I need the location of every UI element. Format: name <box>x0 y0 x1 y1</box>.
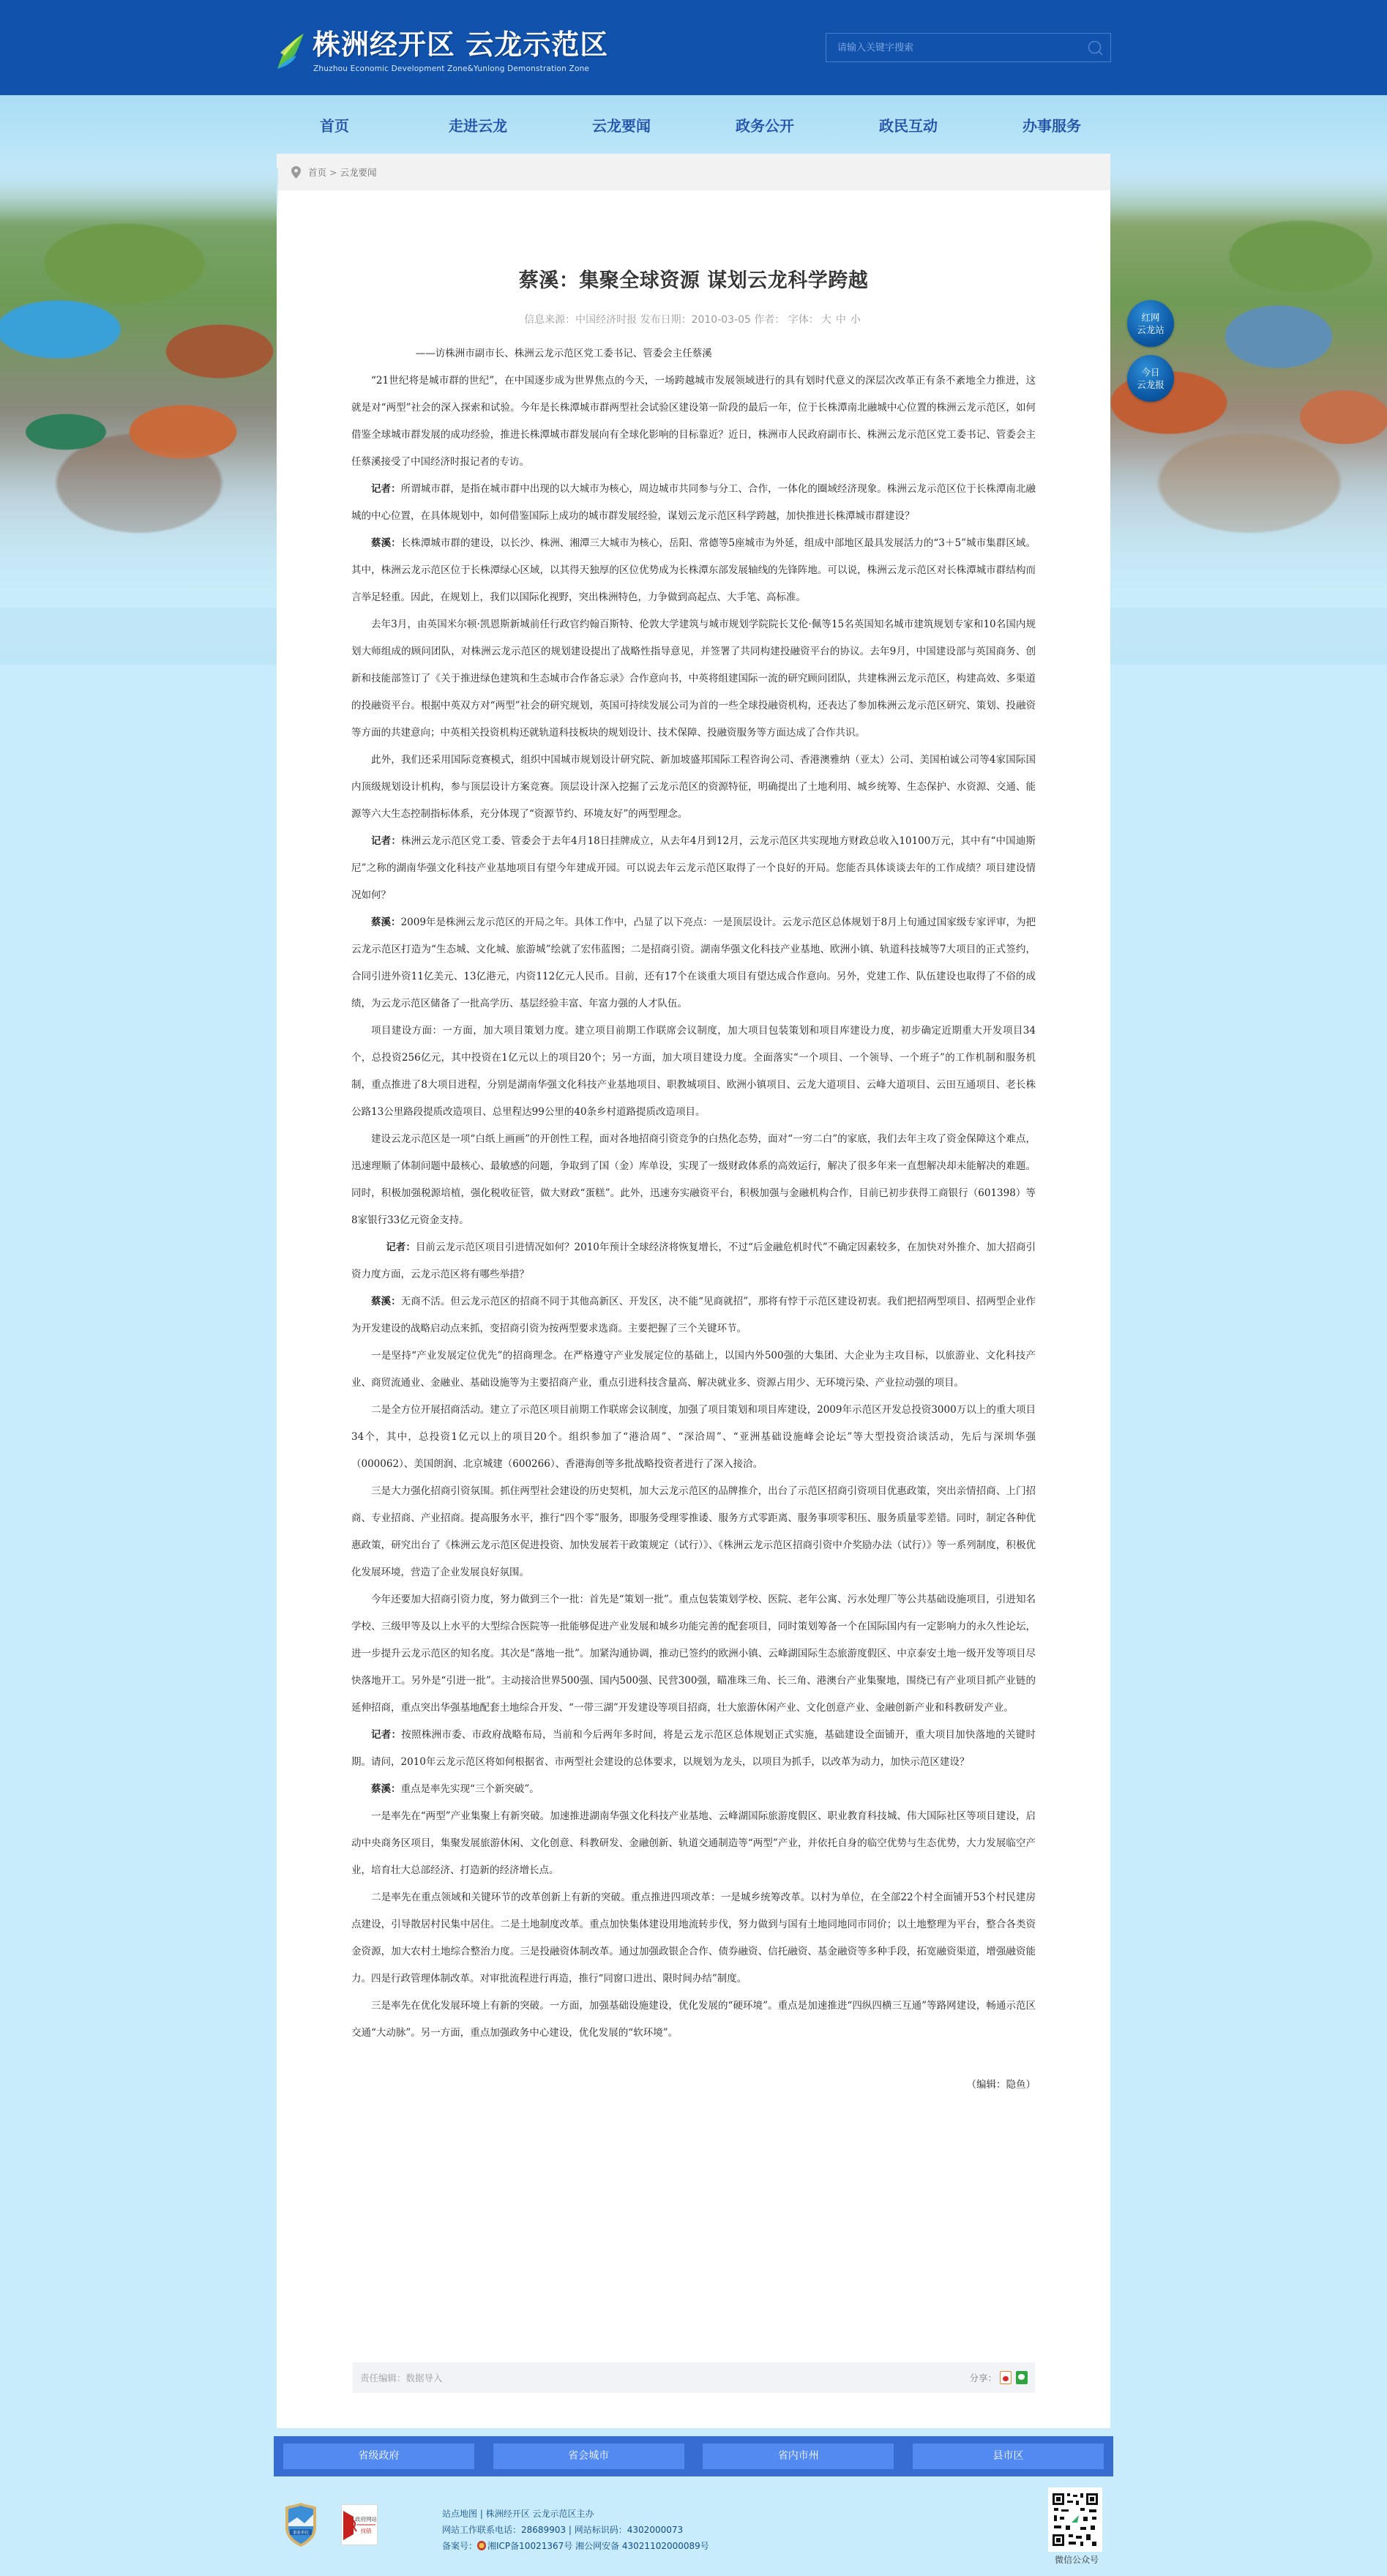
article-panel: 首页 > 云龙要闻 蔡溪：集聚全球资源 谋划云龙科学跨越 信息来源：中国经济时报… <box>277 154 1110 2428</box>
today-yunlong-paper-button[interactable]: 今日 云龙报 <box>1127 355 1174 402</box>
article-paragraph: 蔡溪：长株潭城市群的建设，以长沙、株洲、湘潭三大城市为核心，岳阳、常德等5座城市… <box>351 530 1036 611</box>
paragraph-text: 2009年是株洲云龙示范区的开局之年。具体工作中，凸显了以下亮点：一是顶层设计。… <box>351 916 1036 1009</box>
speaker-label: 记者： <box>371 835 401 847</box>
site-id-label: 网站标识码： <box>575 2525 627 2535</box>
editor-bar: 责任编辑：数据导入 分享： <box>353 2362 1035 2393</box>
logo-title: 株洲经开区 云龙示范区 <box>313 28 608 61</box>
speaker-label: 记者： <box>386 1242 416 1253</box>
paragraph-text: 二是全方位开展招商活动。建立了示范区项目前期工作联席会议制度，加强了项目策划和项… <box>351 1404 1036 1470</box>
article-paragraph: 蔡溪：2009年是株洲云龙示范区的开局之年。具体工作中，凸显了以下亮点：一是顶层… <box>351 909 1036 1018</box>
paragraph-text: 建设云龙示范区是一项“白纸上画画”的开创性工程，面对各地招商引资竞争的白热化态势… <box>351 1133 1036 1226</box>
icp-link[interactable]: 湘ICP备10021367号 <box>487 2541 572 2551</box>
gov-site-error-report-badge[interactable]: 政府网站 找错 <box>341 2504 378 2545</box>
search-icon[interactable] <box>1087 40 1104 57</box>
hongwang-yunlong-button[interactable]: 红网 云龙站 <box>1127 300 1174 347</box>
site-footer: 事业单位 政府网站 找错 站点地图 | 株洲经开区 云龙示范区主办 网站工作联系… <box>274 2485 1113 2573</box>
paragraph-text: 此外，我们还采用国际竞赛模式，组织中国城市规划设计研究院、新加坡盛邦国际工程咨询… <box>351 754 1036 820</box>
error-report-icon: 政府网站 找错 <box>342 2505 377 2545</box>
article-paragraph: 今年还要加大招商引资力度，努力做到三个一批：首先是“策划一批”。重点包装策划学校… <box>351 1586 1036 1722</box>
article-paragraph: 建设云龙示范区是一项“白纸上画画”的开创性工程，面对各地招商引资竞争的白热化态势… <box>351 1126 1036 1234</box>
source-value: 中国经济时报 <box>575 314 637 326</box>
footer-line-1: 站点地图 | 株洲经开区 云龙示范区主办 <box>442 2506 709 2522</box>
friend-links-bar: 省级政府 省会城市 省内市州 县市区 <box>274 2436 1113 2476</box>
breadcrumb-separator: > <box>329 167 337 178</box>
record-label: 备案号： <box>442 2541 477 2551</box>
float-button-line2: 云龙报 <box>1127 378 1174 391</box>
search-input[interactable] <box>826 34 1075 61</box>
friend-link-capital-city[interactable]: 省会城市 <box>493 2444 684 2469</box>
main-nav: 首页 走进云龙 云龙要闻 政务公开 政民互动 办事服务 <box>287 111 1099 141</box>
paragraph-text: 株洲云龙示范区党工委、管委会于去年4月18日挂牌成立，从去年4月到12月，云龙示… <box>351 835 1036 901</box>
font-small-button[interactable]: 小 <box>850 314 861 326</box>
weibo-share-icon[interactable] <box>1000 2371 1012 2384</box>
article-paragraph: 项目建设方面：一方面，加大项目策划力度。建立项目前期工作联席会议制度，加大项目包… <box>351 1018 1036 1126</box>
editor-label: 责任编辑： <box>360 2372 406 2383</box>
article-paragraph: 二是率先在重点领域和关键环节的改革创新上有新的突破。重点推进四项改革：一是城乡统… <box>351 1884 1036 1993</box>
article-paragraph: 二是全方位开展招商活动。建立了示范区项目前期工作联席会议制度，加强了项目策划和项… <box>351 1397 1036 1478</box>
svg-text:找错: 找错 <box>361 2527 372 2534</box>
article-paragraph: 记者：按照株洲市委、市政府战略布局，当前和今后两年多时间，将是云龙示范区总体规划… <box>351 1722 1036 1776</box>
source-label: 信息来源： <box>524 314 575 326</box>
public-institution-badge-icon[interactable]: 事业单位 <box>284 2501 318 2548</box>
nav-item-news[interactable]: 云龙要闻 <box>574 111 669 141</box>
site-logo[interactable]: 株洲经开区 云龙示范区 Zhuzhou Economic Development… <box>274 28 655 75</box>
footer-line-2: 网站工作联系电话：28689903 | 网站标识码：4302000073 <box>442 2522 709 2538</box>
article-signature: （编辑：隐鱼） <box>351 2072 1036 2099</box>
article-body: ——访株洲市副市长、株洲云龙示范区党工委书记、管委会主任蔡溪 “21世纪将是城市… <box>351 340 1036 2099</box>
font-large-button[interactable]: 大 <box>821 314 831 326</box>
paragraph-text: 今年还要加大招商引资力度，努力做到三个一批：首先是“策划一批”。重点包装策划学校… <box>351 1594 1036 1714</box>
speaker-label: 蔡溪： <box>371 1783 401 1795</box>
paragraph-text: 重点是率先实现“三个新突破”。 <box>401 1783 539 1795</box>
nav-item-about[interactable]: 走进云龙 <box>430 111 526 141</box>
float-button-line1: 今日 <box>1127 366 1174 378</box>
speaker-label: 记者： <box>371 1729 401 1741</box>
logo-flag-icon <box>274 31 307 72</box>
breadcrumb-home[interactable]: 首页 <box>308 165 326 179</box>
footer-info: 站点地图 | 株洲经开区 云龙示范区主办 网站工作联系电话：28689903 |… <box>442 2506 709 2554</box>
article-paragraph: 一是率先在“两型”产业集聚上有新突破。加速推进湖南华强文化科技产业基地、云峰湖国… <box>351 1803 1036 1884</box>
editor-value: 数据导入 <box>406 2372 443 2383</box>
speaker-label: 蔡溪： <box>371 537 401 549</box>
article-title: 蔡溪：集聚全球资源 谋划云龙科学跨越 <box>277 266 1110 296</box>
site-header: 株洲经开区 云龙示范区 Zhuzhou Economic Development… <box>0 0 1387 95</box>
float-button-line1: 红网 <box>1127 311 1174 324</box>
article-paragraph: 三是率先在优化发展环境上有新的突破。一方面，加强基础设施建设，优化发展的“硬环境… <box>351 1993 1036 2047</box>
qr-code-icon <box>1051 2490 1099 2549</box>
breadcrumb-current[interactable]: 云龙要闻 <box>340 165 377 179</box>
paragraph-text: 三是率先在优化发展环境上有新的突破。一方面，加强基础设施建设，优化发展的“硬环境… <box>351 2000 1036 2039</box>
nav-item-gov-affairs[interactable]: 政务公开 <box>717 111 812 141</box>
paragraph-text: 去年3月，由英国米尔顿·凯恩斯新城前任行政官约翰百斯特、伦敦大学建筑与城市规划学… <box>351 619 1036 739</box>
breadcrumb: 首页 > 云龙要闻 <box>277 154 1110 190</box>
article-paragraph: 记者：所谓城市群，是指在城市群中出现的以大城市为核心，周边城市共同参与分工、合作… <box>351 476 1036 530</box>
article-subtitle: ——访株洲市副市长、株洲云龙示范区党工委书记、管委会主任蔡溪 <box>351 340 1036 367</box>
qr-code-label: 微信公众号 <box>1047 2553 1106 2566</box>
speaker-label: 蔡溪： <box>371 916 401 928</box>
article-paragraph: 三是大力强化招商引资氛围。抓住两型社会建设的历史契机，加大云龙示范区的品牌推介，… <box>351 1478 1036 1586</box>
date-value: 2010-03-05 <box>692 314 751 326</box>
footer-line-3: 备案号：湘ICP备10021367号 湘公网安备 43021102000089号 <box>442 2538 709 2554</box>
logo-subtitle: Zhuzhou Economic Development Zone&Yunlon… <box>313 64 589 73</box>
police-record-link[interactable]: 湘公网安备 43021102000089号 <box>575 2541 709 2551</box>
friend-link-prefectures[interactable]: 省内市州 <box>703 2444 894 2469</box>
paragraph-text: 长株潭城市群的建设，以长沙、株洲、湘潭三大城市为核心，岳阳、常德等5座城市为外延… <box>351 537 1036 603</box>
host-text: 株洲经开区 云龙示范区主办 <box>486 2509 594 2519</box>
paragraph-text: 三是大力强化招商引资氛围。抓住两型社会建设的历史契机，加大云龙示范区的品牌推介，… <box>351 1485 1036 1578</box>
friend-link-provincial-gov[interactable]: 省级政府 <box>283 2444 474 2469</box>
article-paragraph: 蔡溪：重点是率先实现“三个新突破”。 <box>351 1776 1036 1803</box>
svg-text:政府网站: 政府网站 <box>355 2515 377 2523</box>
police-emblem-icon <box>477 2541 486 2550</box>
font-medium-button[interactable]: 中 <box>836 314 846 326</box>
article-meta: 信息来源：中国经济时报 发布日期：2010-03-05 作者： 字体：大中小 <box>277 312 1110 326</box>
author-label: 作者： <box>754 314 785 326</box>
location-pin-icon <box>291 166 301 179</box>
nav-item-interaction[interactable]: 政民互动 <box>861 111 956 141</box>
article-paragraph: 记者：目前云龙示范区项目引进情况如何？2010年预计全球经济将恢复增长，不过“后… <box>351 1234 1036 1288</box>
svg-text:事业单位: 事业单位 <box>293 2530 310 2536</box>
paragraph-text: “21世纪将是城市群的世纪”，在中国逐步成为世界焦点的今天，一场跨越城市发展领域… <box>351 375 1036 468</box>
paragraph-text: 一是坚持“产业发展定位优先”的招商理念。在严格遵守产业发展定位的基础上，以国内外… <box>351 1350 1036 1389</box>
site-id-value: 4302000073 <box>627 2525 683 2535</box>
article-paragraph: 去年3月，由英国米尔顿·凯恩斯新城前任行政官约翰百斯特、伦敦大学建筑与城市规划学… <box>351 611 1036 747</box>
phone-value: 28689903 <box>521 2525 566 2535</box>
nav-item-services[interactable]: 办事服务 <box>1004 111 1099 141</box>
paragraph-text: 所谓城市群，是指在城市群中出现的以大城市为核心，周边城市共同参与分工、合作，一体… <box>351 483 1036 522</box>
phone-label: 网站工作联系电话： <box>442 2525 521 2535</box>
wechat-qr-code <box>1048 2487 1102 2552</box>
paragraph-text: 目前云龙示范区项目引进情况如何？2010年预计全球经济将恢复增长，不过“后金融危… <box>351 1242 1036 1280</box>
share-label: 分享： <box>969 2371 997 2384</box>
speaker-label: 记者： <box>371 483 401 495</box>
article-paragraph: 此外，我们还采用国际竞赛模式，组织中国城市规划设计研究院、新加坡盛邦国际工程咨询… <box>351 747 1036 828</box>
paragraph-text: 按照株洲市委、市政府战略布局，当前和今后两年多时间，将是云龙示范区总体规划正式实… <box>351 1729 1036 1768</box>
responsible-editor: 责任编辑：数据导入 <box>360 2371 443 2384</box>
paragraph-text: 二是率先在重点领域和关键环节的改革创新上有新的突破。重点推进四项改革：一是城乡统… <box>351 1892 1036 1985</box>
date-label: 发布日期： <box>640 314 692 326</box>
wechat-share-icon[interactable] <box>1016 2371 1028 2384</box>
paragraph-text: 一是率先在“两型”产业集聚上有新突破。加速推进湖南华强文化科技产业基地、云峰湖国… <box>351 1810 1036 1876</box>
nav-item-home[interactable]: 首页 <box>287 111 382 141</box>
article-paragraph: 记者：株洲云龙示范区党工委、管委会于去年4月18日挂牌成立，从去年4月到12月，… <box>351 828 1036 909</box>
friend-link-counties[interactable]: 县市区 <box>913 2444 1104 2469</box>
search-box <box>826 33 1111 62</box>
article-paragraph: “21世纪将是城市群的世纪”，在中国逐步成为世界焦点的今天，一场跨越城市发展领域… <box>351 367 1036 476</box>
share-area: 分享： <box>969 2371 1028 2384</box>
paragraph-text: 项目建设方面：一方面，加大项目策划力度。建立项目前期工作联席会议制度，加大项目包… <box>351 1025 1036 1118</box>
paragraph-text: 无商不活。但云龙示范区的招商不同于其他高新区、开发区，决不能“见商就招”，那将有… <box>351 1296 1036 1334</box>
speaker-label: 蔡溪： <box>371 1296 401 1307</box>
sitemap-link[interactable]: 站点地图 <box>442 2509 477 2519</box>
float-button-line2: 云龙站 <box>1127 324 1174 336</box>
article-paragraph: 一是坚持“产业发展定位优先”的招商理念。在严格遵守产业发展定位的基础上，以国内外… <box>351 1343 1036 1397</box>
article-paragraph: 蔡溪：无商不活。但云龙示范区的招商不同于其他高新区、开发区，决不能“见商就招”，… <box>351 1288 1036 1343</box>
scenery-image-left <box>0 168 278 608</box>
font-size-label: 字体： <box>788 314 819 326</box>
